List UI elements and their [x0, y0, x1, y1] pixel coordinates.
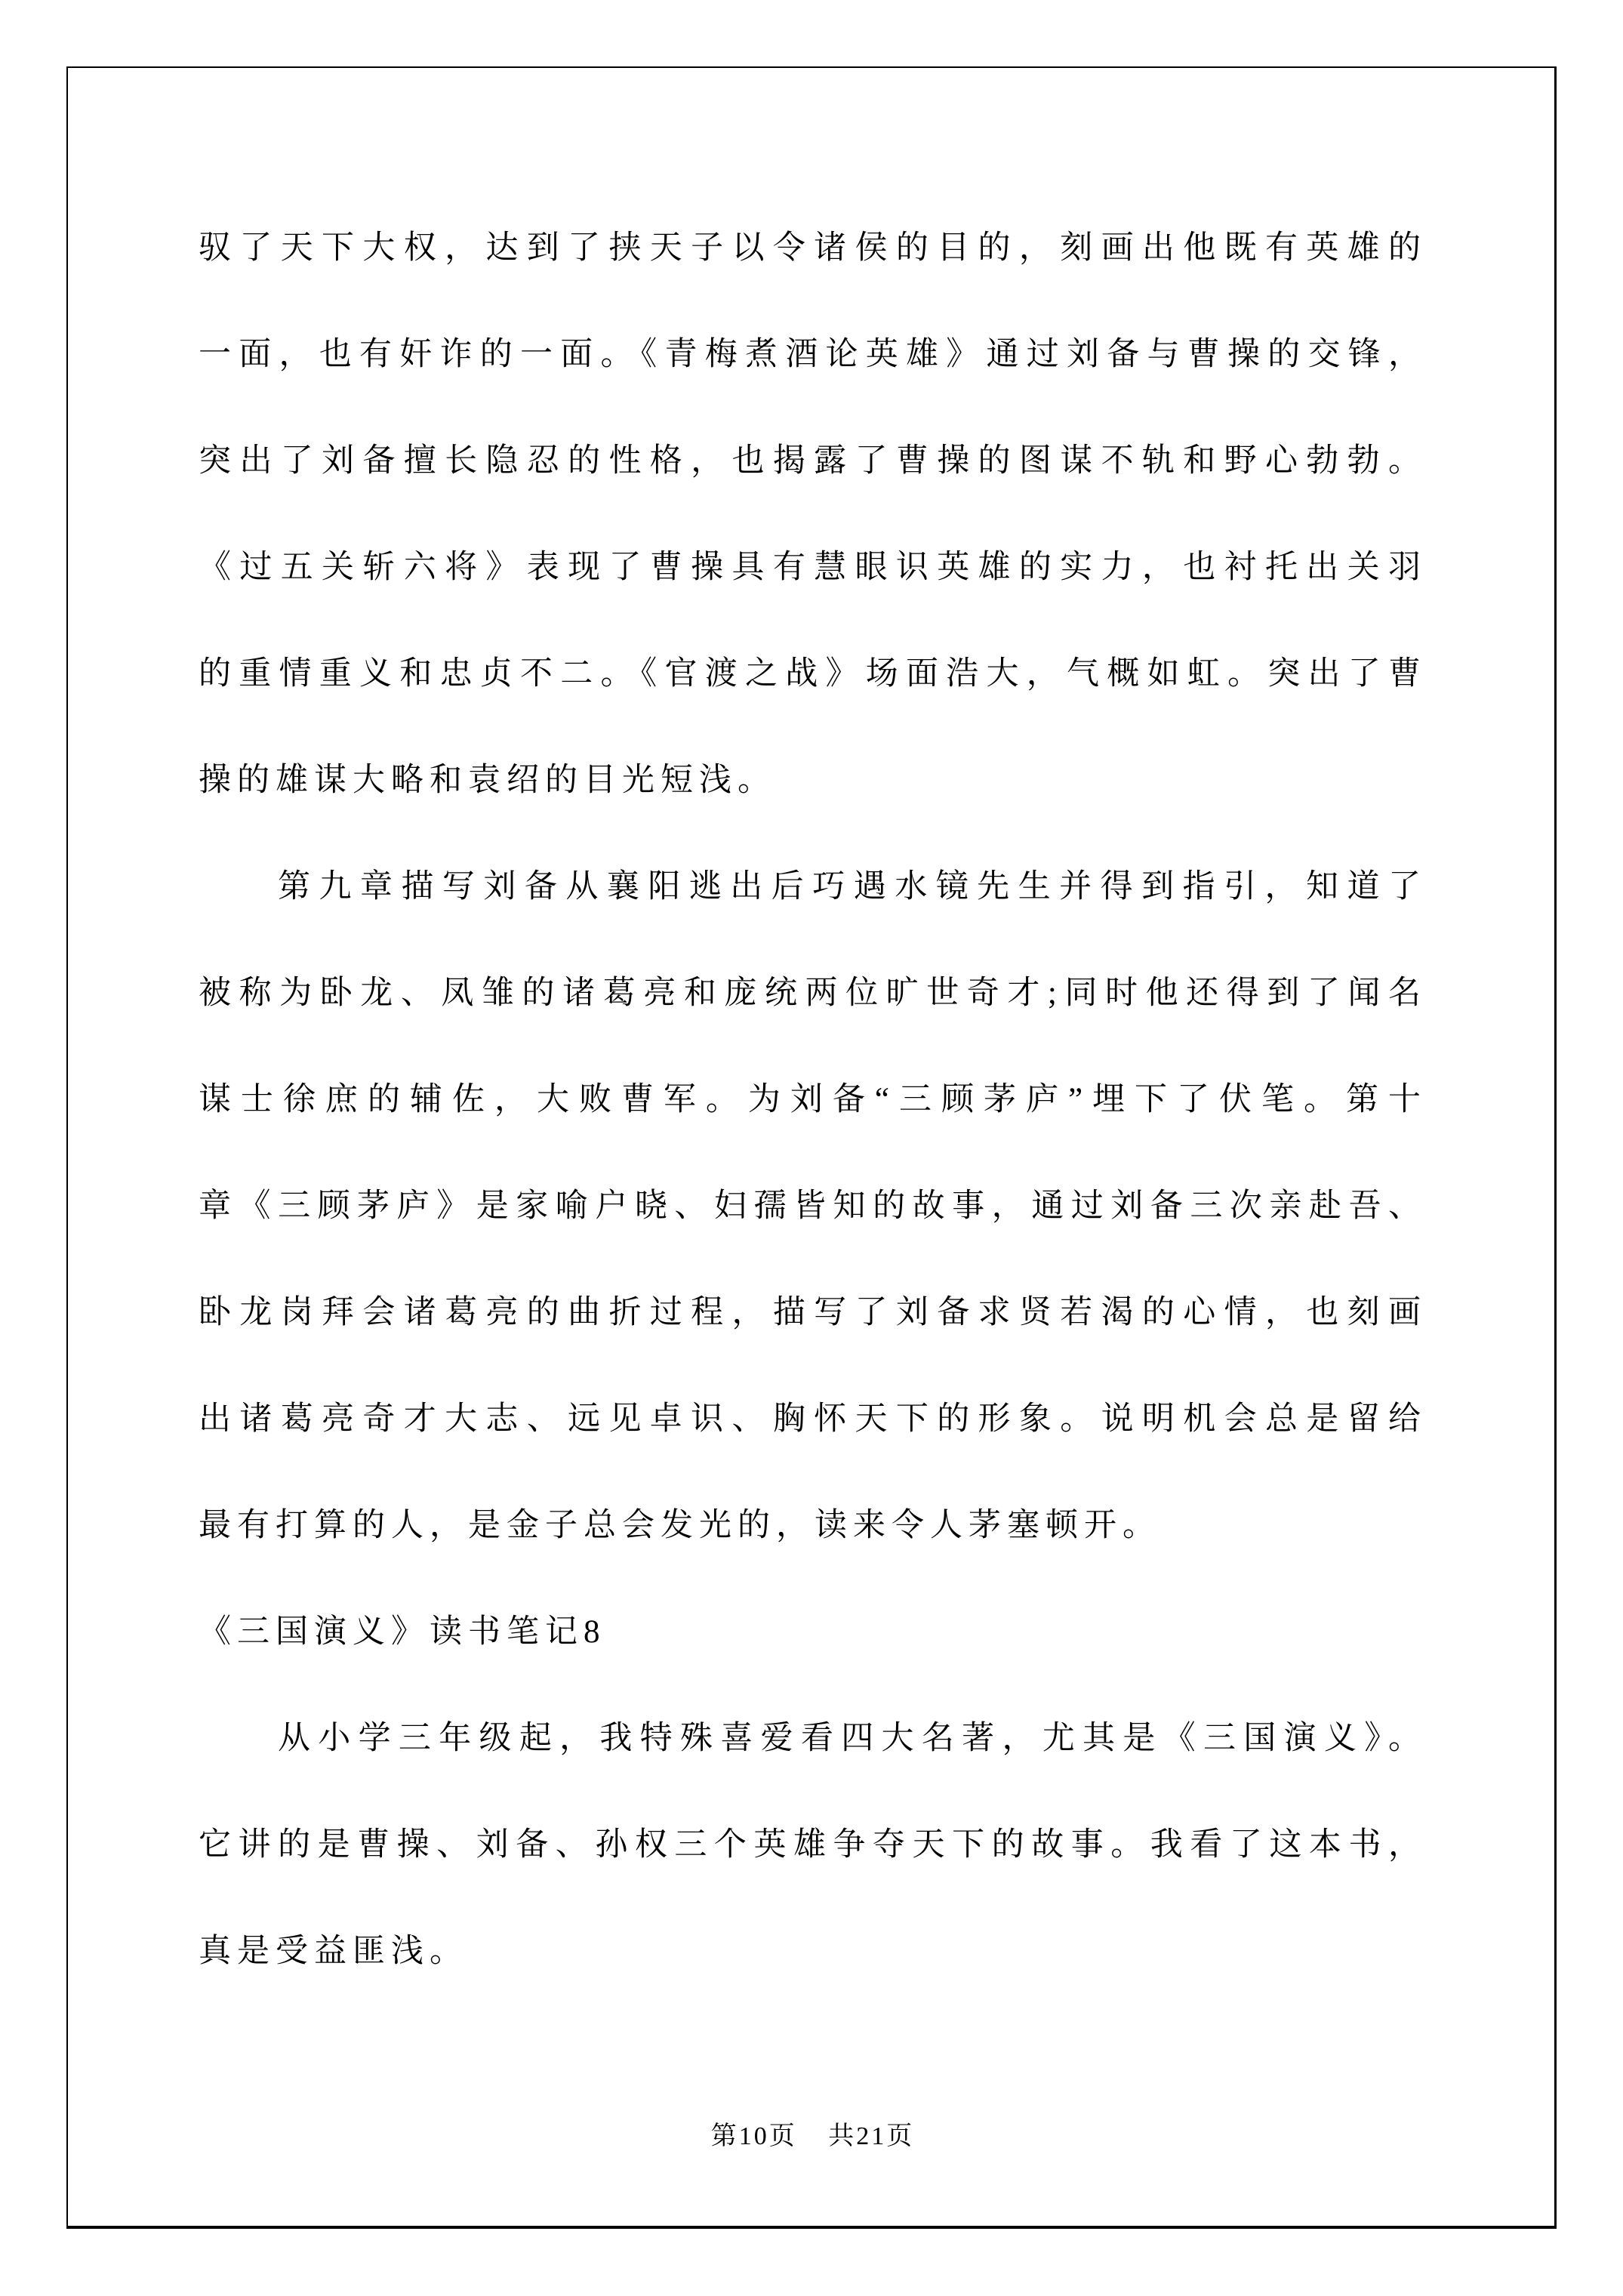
text-line: 被称为卧龙、凤雏的诸葛亮和庞统两位旷世奇才;同时他还得到了闻名	[199, 940, 1427, 1046]
text-line: 出诸葛亮奇才大志、远见卓识、胸怀天下的形象。说明机会总是留给	[199, 1366, 1427, 1472]
page-number-total: 共21页	[828, 2122, 914, 2150]
text-line: 操的雄谋大略和袁绍的目光短浅。	[199, 727, 1427, 834]
text-line: 最有打算的人，是金子总会发光的，读来令人茅塞顿开。	[199, 1472, 1427, 1579]
text-line: 的重情重义和忠贞不二。《官渡之战》场面浩大，气概如虹。突出了曹	[199, 621, 1427, 727]
page-number-current: 第10页	[711, 2122, 797, 2150]
text-line: 一面，也有奸诈的一面。《青梅煮酒论英雄》通过刘备与曹操的交锋，	[199, 301, 1427, 408]
text-line: 突出了刘备擅长隐忍的性格，也揭露了曹操的图谋不轨和野心勃勃。	[199, 408, 1427, 514]
text-line: 它讲的是曹操、刘备、孙权三个英雄争夺天下的故事。我看了这本书，	[199, 1792, 1427, 1898]
text-line: 《三国演义》读书笔记8	[199, 1579, 1427, 1685]
text-line: 《过五关斩六将》表现了曹操具有慧眼识英雄的实力，也衬托出关羽	[199, 514, 1427, 621]
text-line: 谋士徐庶的辅佐，大败曹军。为刘备“三顾茅庐”埋下了伏笔。第十	[199, 1046, 1427, 1153]
text-line: 驭了天下大权，达到了挟天子以令诸侯的目的，刻画出他既有英雄的	[199, 195, 1427, 301]
page-footer: 第10页 共21页	[199, 2114, 1427, 2159]
text-line: 第九章描写刘备从襄阳逃出后巧遇水镜先生并得到指引，知道了	[199, 834, 1427, 940]
document-body: 驭了天下大权，达到了挟天子以令诸侯的目的，刻画出他既有英雄的一面，也有奸诈的一面…	[199, 195, 1427, 2005]
text-line: 卧龙岗拜会诸葛亮的曲折过程，描写了刘备求贤若渴的心情，也刻画	[199, 1259, 1427, 1366]
text-line: 真是受益匪浅。	[199, 1898, 1427, 2005]
text-line: 从小学三年级起，我特殊喜爱看四大名著，尤其是《三国演义》。	[199, 1685, 1427, 1792]
text-line: 章《三顾茅庐》是家喻户晓、妇孺皆知的故事，通过刘备三次亲赴吾、	[199, 1153, 1427, 1259]
